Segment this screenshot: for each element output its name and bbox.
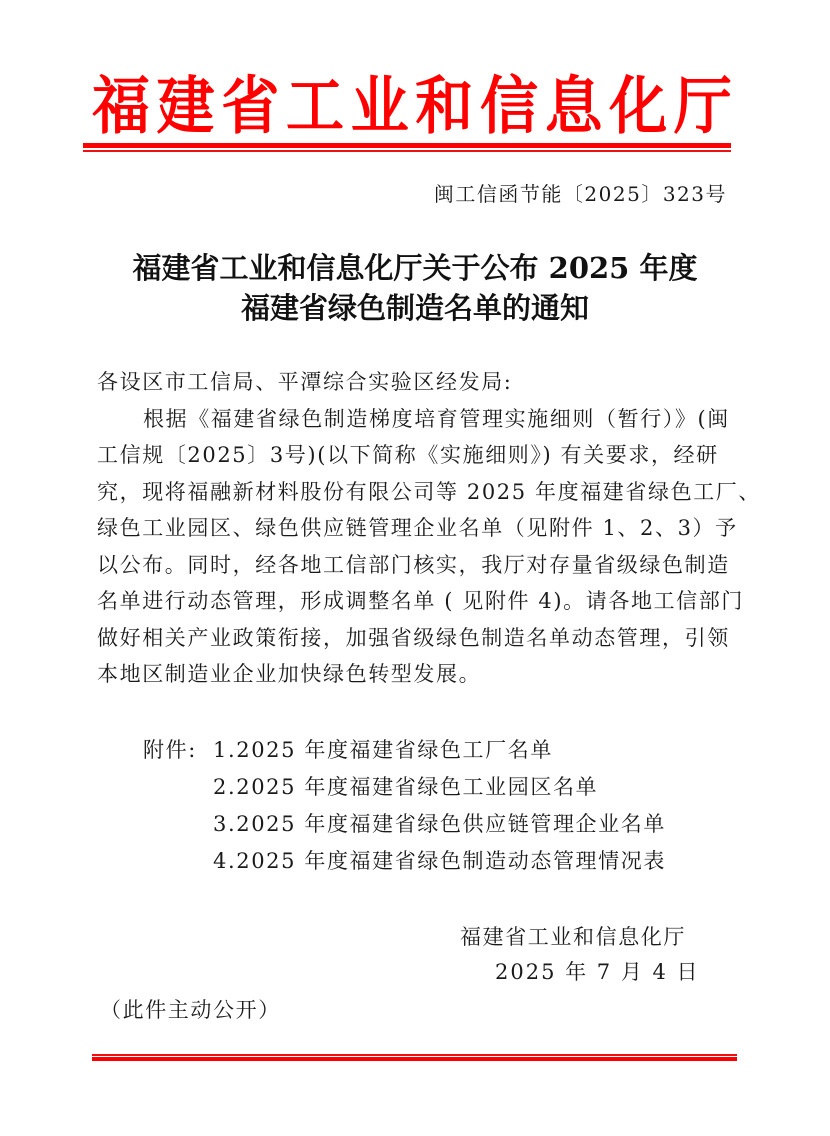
main-paragraph: 根据《福建省绿色制造梯度培育管理实施细则（暂行）》(闽 工信规〔2025〕3号)… [97, 401, 729, 693]
attachment-item[interactable]: 1.2025 年度福建省绿色工厂名单 [213, 732, 553, 769]
salutation: 各设区市工信局、平潭综合实验区经发局: [97, 364, 729, 401]
paragraph-line: 工信规〔2025〕3号)(以下简称《实施细则》) 有关要求，经研 [97, 437, 729, 474]
masthead-char: 化 [609, 69, 667, 142]
masthead-char: 业 [351, 69, 409, 142]
masthead-char: 建 [157, 69, 215, 142]
paragraph-line: 做好相关产业政策衔接，加强省级绿色制造名单动态管理，引领 [97, 620, 729, 657]
attachment-row: 2.2025 年度福建省绿色工业园区名单 [143, 769, 666, 806]
title-line-1: 福建省工业和信息化厅关于公布 2025 年度 [90, 248, 740, 288]
disclosure-note: （此件主动公开） [100, 993, 281, 1028]
paragraph-line: 究，现将福融新材料股份有限公司等 2025 年度福建省绿色工厂、 [97, 474, 729, 511]
attachments-list: 附件: 1.2025 年度福建省绿色工厂名单 2.2025 年度福建省绿色工业园… [143, 732, 666, 880]
paragraph-line: 名单进行动态管理，形成调整名单 ( 见附件 4)。请各地工信部门 [97, 583, 729, 620]
masthead-char: 工 [286, 69, 344, 142]
masthead-char: 厅 [674, 69, 732, 142]
document-number: 闽工信函节能〔2025〕323号 [434, 178, 727, 210]
attachments-label-spacer [143, 843, 213, 880]
paragraph-line: 以公布。同时，经各地工信部门核实，我厅对存量省级绿色制造 [97, 547, 729, 584]
paragraph-line: 绿色工业园区、绿色供应链管理企业名单（见附件 1、2、3）予 [97, 510, 729, 547]
masthead-char: 信 [480, 69, 538, 142]
issue-date: 2025 年 7 月 4 日 [495, 955, 700, 990]
masthead-char: 和 [415, 69, 473, 142]
document-title: 福建省工业和信息化厅关于公布 2025 年度 福建省绿色制造名单的通知 [90, 248, 740, 328]
footer-divider-thick [92, 1057, 737, 1061]
attachments-label-spacer [143, 806, 213, 843]
attachment-row: 3.2025 年度福建省绿色供应链管理企业名单 [143, 806, 666, 843]
document-page: 福 建 省 工 业 和 信 息 化 厅 闽工信函节能〔2025〕323号 福建省… [0, 0, 830, 1136]
masthead-char: 省 [221, 69, 279, 142]
attachment-item[interactable]: 3.2025 年度福建省绿色供应链管理企业名单 [213, 806, 666, 843]
masthead-char: 福 [92, 69, 150, 142]
footer-divider-thin [92, 1054, 737, 1056]
masthead-divider-thick [83, 143, 731, 148]
issuer-signature: 福建省工业和信息化厅 [460, 920, 686, 955]
attachment-row: 4.2025 年度福建省绿色制造动态管理情况表 [143, 843, 666, 880]
title-line-2: 福建省绿色制造名单的通知 [90, 288, 740, 328]
attachments-label: 附件: [143, 732, 213, 769]
attachments-label-spacer [143, 769, 213, 806]
attachment-item[interactable]: 2.2025 年度福建省绿色工业园区名单 [213, 769, 598, 806]
document-body: 各设区市工信局、平潭综合实验区经发局: 根据《福建省绿色制造梯度培育管理实施细则… [97, 364, 729, 693]
attachment-item[interactable]: 4.2025 年度福建省绿色制造动态管理情况表 [213, 843, 666, 880]
paragraph-line: 根据《福建省绿色制造梯度培育管理实施细则（暂行）》(闽 [97, 401, 729, 438]
attachment-row: 附件: 1.2025 年度福建省绿色工厂名单 [143, 732, 666, 769]
paragraph-line: 本地区制造业企业加快绿色转型发展。 [97, 656, 729, 693]
masthead-title: 福 建 省 工 业 和 信 息 化 厅 [92, 72, 732, 140]
masthead-char: 息 [545, 69, 603, 142]
masthead-divider-thin [83, 150, 731, 152]
